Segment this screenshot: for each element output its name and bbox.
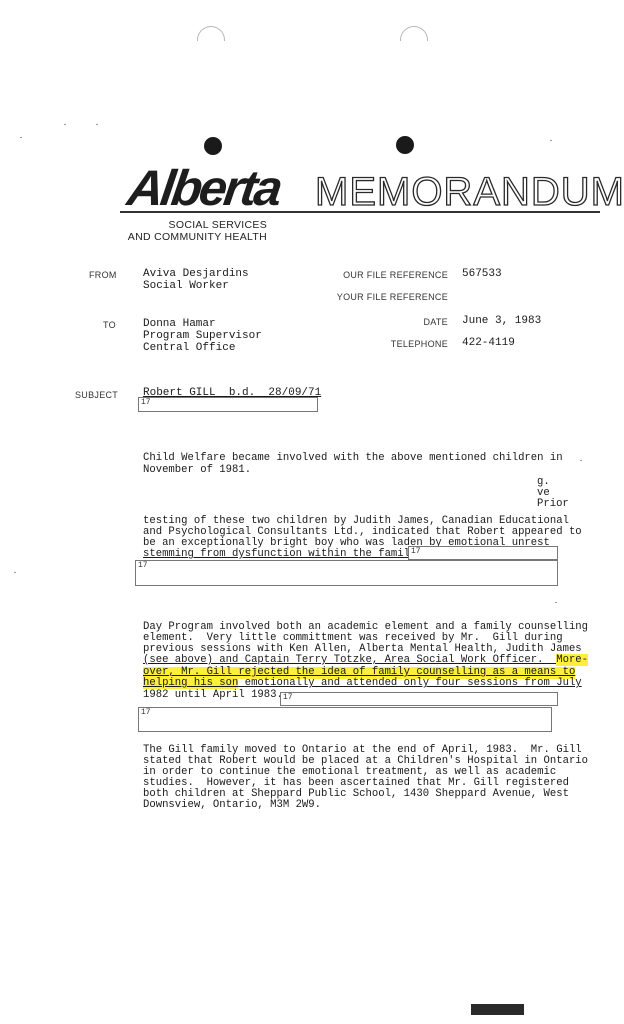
redaction-box: 17 [135,560,558,586]
paragraph-4-line-6: Downsview, Ontario, M3M 2W9. [143,800,321,812]
binder-hole [396,136,414,154]
date-value: June 3, 1983 [462,315,541,327]
from-title: Social Worker [143,280,229,292]
scan-speck [64,124,66,125]
department-name: SOCIAL SERVICES AND COMMUNITY HEALTH [110,219,267,243]
redaction-box: 17 [138,707,552,732]
scan-speck [20,137,22,138]
to-label: TO [103,320,116,330]
punch-hole-mark [197,26,225,41]
redaction-code: 17 [141,708,151,717]
redaction-box: 17 [138,397,318,412]
redaction-box: 17 [280,692,558,706]
memorandum-title: MEMORANDUM [315,172,624,212]
paragraph-3-line-7: 1982 until April 1983. [143,690,283,702]
highlighted-text: helping his son [143,677,238,689]
scan-speck [580,460,582,461]
paragraph-1-line-2: November of 1981. [143,465,251,477]
department-line-1: SOCIAL SERVICES [110,219,267,231]
paragraph-3-line-6: helping his son emotionally and attended… [143,678,582,690]
punch-hole-mark [400,26,428,41]
redaction-code: 17 [141,398,151,407]
redaction-box: 17 [408,546,558,560]
redaction-code: 17 [283,693,293,702]
paragraph-1-line-1: Child Welfare became involved with the a… [143,453,563,465]
scan-speck [14,572,16,573]
paragraph-3-line-4: (see above) and Captain Terry Totzke, Ar… [143,655,588,667]
letterhead-rule [120,211,600,213]
redaction-code: 17 [138,561,148,570]
our-file-reference-label: OUR FILE REFERENCE [300,270,448,280]
to-name: Donna Hamar [143,318,216,330]
subject-label: SUBJECT [75,390,118,400]
from-label: FROM [89,270,117,280]
telephone-label: TELEPHONE [300,339,448,349]
text-run: (see above) and Captain Terry Totzke, Ar… [143,654,556,666]
redaction-code: 17 [411,547,421,556]
from-name: Aviva Desjardins [143,268,249,280]
our-file-reference-value: 567533 [462,268,502,280]
scan-speck [555,602,557,603]
telephone-value: 422-4119 [462,337,515,349]
scan-speck [550,140,552,141]
paragraph-1-fragment: Prior [537,499,569,511]
alberta-logo: Alberta [124,163,282,213]
binder-hole [204,137,222,155]
your-file-reference-label: YOUR FILE REFERENCE [300,292,448,302]
date-label: DATE [300,317,448,327]
paragraph-2-line-4: stemming from dysfunction within the fam… [143,549,423,561]
highlighted-text: More- [556,654,588,666]
scan-speck [96,124,98,125]
department-line-2: AND COMMUNITY HEALTH [110,231,267,243]
text-run: emotionally and attended only four sessi… [238,677,581,689]
to-office: Central Office [143,342,235,354]
to-title: Program Supervisor [143,330,262,342]
redaction-bar [471,1004,524,1015]
